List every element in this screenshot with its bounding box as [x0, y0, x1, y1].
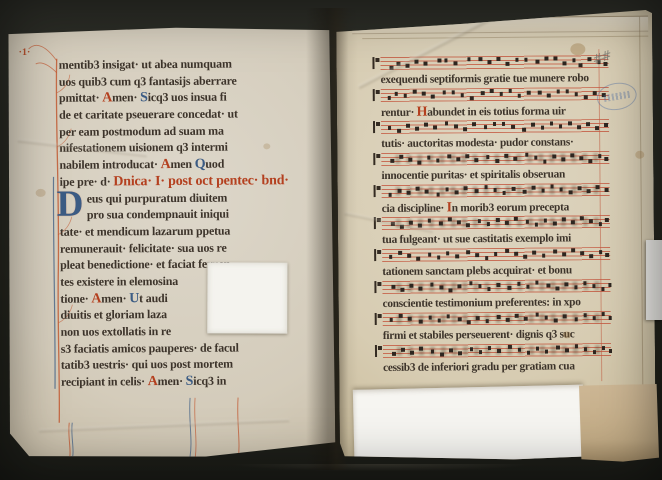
neume-note [505, 249, 509, 253]
text-segment: conscientie testimonium preferentes: in … [383, 296, 581, 310]
text-segment: de et caritate pseuerare concedat· ut [59, 107, 238, 122]
neume-note [408, 317, 412, 321]
neume-note [565, 89, 569, 93]
text-segment: icq3 uos insua fi [148, 90, 227, 105]
neume-note [398, 189, 402, 193]
colored-initial: A [102, 91, 112, 106]
neume-note [476, 316, 480, 320]
neume-note [481, 91, 485, 95]
text-segment: s3 faciatis amicos pauperes· de facul [61, 340, 239, 355]
neume-note [466, 223, 470, 227]
stave-row: cia discipline· In morib3 eorum precepta [382, 183, 610, 217]
text-line: ipe pre· d· Dnica· I· post oct pentec· b… [60, 172, 302, 190]
text-segment: men [170, 157, 194, 171]
neume-note [458, 317, 462, 321]
under-leaf-corner [579, 384, 659, 464]
text-line: de et caritate pseuerare concedat· ut [59, 105, 301, 123]
neume-note [541, 189, 545, 193]
text-segment: pleat benedictione· et faciat feruen [60, 257, 230, 272]
neume-note [525, 153, 529, 157]
music-stave [381, 119, 609, 134]
neume-note [390, 159, 394, 163]
neume-note [475, 189, 479, 193]
neume-note [598, 222, 602, 226]
neume-note [409, 221, 413, 225]
neume-note [538, 91, 542, 95]
text-segment: tua fulgeant· ut sue castitatis exemplo … [382, 232, 571, 246]
neume-note [488, 346, 492, 350]
neume-note [428, 253, 432, 257]
neume-note [514, 252, 518, 256]
text-segment: innocentie puritas· et spiritalis obseru… [381, 168, 565, 182]
neume-note [593, 350, 597, 354]
neume-note [535, 60, 539, 64]
colored-initial: U [129, 291, 139, 306]
neume-note [388, 126, 392, 130]
colored-initial: S [140, 91, 148, 106]
manuscript-text-block: mentib3 insigat· ut abea numquamuos quib… [59, 55, 303, 390]
neume-note [533, 251, 537, 255]
neume-note [469, 281, 473, 285]
neume-note [466, 154, 470, 158]
neume-note [406, 124, 410, 128]
text-segment: pro sua condempnauit iniqui [87, 207, 229, 222]
neume-note [563, 61, 567, 65]
neume-note [404, 94, 408, 98]
text-segment: men· [101, 291, 129, 305]
neume-note [526, 285, 530, 289]
neume-note [437, 58, 441, 62]
neume-note [453, 61, 457, 65]
neume-note [415, 127, 419, 131]
neume-note [470, 347, 474, 351]
neume-note [485, 319, 489, 323]
neume-note [592, 284, 596, 288]
neume-note [532, 186, 536, 190]
neume-note [562, 217, 566, 221]
neume-note [524, 58, 528, 62]
neume-note [401, 348, 405, 352]
music-stave [382, 215, 610, 230]
manuscript-photo: ·1· D mentib3 insigat· ut abea numquamuo… [0, 0, 662, 480]
neume-note [571, 220, 575, 224]
neume-note [563, 314, 567, 318]
neume-note [587, 189, 591, 193]
neume-note [514, 217, 518, 221]
neume-note [486, 155, 490, 159]
neume-note [431, 350, 435, 354]
neume-note [508, 286, 512, 290]
text-segment: abundet in eis totius forma uir [427, 105, 566, 118]
stain [36, 189, 46, 197]
colored-initial: Dnica· I· post oct pentec· bnd· [113, 173, 289, 189]
neume-note [589, 219, 593, 223]
colored-initial: A [148, 374, 158, 389]
music-stave [382, 247, 610, 262]
text-segment: cessib3 de inferiori gradu per gratiam c… [383, 360, 575, 374]
neume-note [561, 157, 565, 161]
neume-note [504, 154, 508, 158]
neume-note [497, 315, 501, 319]
neume-note [579, 63, 583, 67]
neume-note [493, 188, 497, 192]
stave-row: exequendi septiformis gratie tue munere … [380, 55, 608, 89]
stave-row: conscientie testimonium preferentes: in … [382, 279, 610, 313]
text-line: nifestationem uisionem q3 intermi [59, 139, 301, 157]
neume-note [424, 123, 428, 127]
neume-note [440, 352, 444, 356]
neume-note [592, 316, 596, 320]
neume-note [487, 222, 491, 226]
text-segment: t audi [139, 291, 168, 305]
book-edge-shadow [190, 464, 570, 473]
neume-note [419, 347, 423, 351]
neume-note [416, 257, 420, 261]
text-segment: tate· et mendicum lazarum ppetua [60, 223, 230, 238]
left-page: ·1· D mentib3 insigat· ut abea numquamuo… [6, 25, 335, 464]
neume-note [556, 286, 560, 290]
lyric-line: cessib3 de inferiori gradu per gratiam c… [383, 359, 611, 376]
neume-note [571, 153, 575, 157]
neume-note [496, 218, 500, 222]
neume-note [535, 313, 539, 317]
neume-note [565, 348, 569, 352]
lyric-line: firmi et stabiles perseuerent· dignis q3… [383, 327, 611, 344]
neume-note [442, 90, 446, 94]
neume-note [586, 122, 590, 126]
stain [570, 43, 585, 55]
neume-note [458, 351, 462, 355]
neume-note [394, 92, 398, 96]
neume-note [407, 254, 411, 258]
neume-note [518, 94, 522, 98]
colored-initial: A [161, 157, 171, 172]
neume-note [517, 282, 521, 286]
neume-note [454, 124, 458, 128]
text-segment: rentur· [381, 107, 417, 119]
music-stave [380, 55, 608, 70]
neume-note [602, 312, 606, 316]
neume-note [577, 125, 581, 129]
neume-note [568, 121, 572, 125]
neume-note [606, 253, 610, 257]
neume-note [553, 249, 557, 253]
neume-note [399, 314, 403, 318]
lyric-line: tationem sanctam plebs acquirat· et bonu [382, 263, 610, 280]
neume-note [523, 190, 527, 194]
neume-note [418, 161, 422, 165]
neume-note [466, 250, 470, 254]
neume-note [524, 255, 528, 259]
neume-note [609, 349, 613, 353]
neume-note [572, 58, 576, 62]
neume-note [589, 159, 593, 163]
neume-note [541, 126, 545, 130]
neume-note [485, 256, 489, 260]
neume-note [578, 186, 582, 190]
lyric-line: tutis· auctoritas modesta· pudor constan… [381, 135, 609, 152]
lyric-line: tua fulgeant· ut sue castitatis exemplo … [382, 231, 610, 248]
neume-note [407, 191, 411, 195]
text-line: per eam postmodum ad suam ma [59, 122, 301, 140]
neume-note [596, 185, 600, 189]
neume-note [547, 284, 551, 288]
neume-note [427, 219, 431, 223]
neume-note [493, 122, 497, 126]
text-segment: cia discipline· [382, 202, 447, 215]
top-red-mark [422, 16, 450, 20]
neume-note [569, 190, 573, 194]
neume-note [430, 283, 434, 287]
neume-note [580, 251, 584, 255]
music-stave [383, 311, 611, 326]
music-stave [382, 279, 610, 294]
colored-initial: A [91, 291, 101, 306]
neume-note [515, 58, 519, 62]
neume-note [448, 217, 452, 221]
neume-note [590, 254, 594, 258]
neume-note [437, 255, 441, 259]
neume-note [425, 190, 429, 194]
neume-note [598, 154, 602, 158]
neume-note [451, 90, 455, 94]
neume-note [446, 251, 450, 255]
neume-note [388, 193, 392, 197]
neume-note [552, 154, 556, 158]
neume-note [512, 187, 516, 191]
stave-row: tutis· auctoritas modesta· pudor constan… [381, 119, 609, 153]
neume-note [487, 287, 491, 291]
text-segment: uos quib3 cum q3 fantasijs aberrare [59, 73, 237, 88]
text-line: tatib3 uestris· qui uos post mortem [61, 355, 303, 373]
neume-note [515, 314, 519, 318]
neume-note [517, 348, 521, 352]
text-segment: ipe pre· d· [60, 174, 114, 188]
neume-note [508, 345, 512, 349]
neume-note [545, 57, 549, 61]
neume-note [575, 92, 579, 96]
neume-note [479, 350, 483, 354]
neume-note [472, 122, 476, 126]
neume-note [605, 218, 609, 222]
neume-note [601, 287, 605, 291]
text-segment: men· [112, 91, 140, 105]
text-segment: pmittat· [59, 91, 102, 105]
neume-note [419, 320, 423, 324]
neume-note [565, 282, 569, 286]
neume-note [484, 125, 488, 129]
neume-note [422, 92, 426, 96]
neume-note [524, 317, 528, 321]
music-block: exequendi septiformis gratie tue munere … [380, 55, 611, 377]
text-segment: per eam postmodum ad suam ma [59, 123, 224, 138]
lyric-line: cia discipline· In morib3 eorum precepta [382, 199, 610, 216]
colored-initial: Q [195, 157, 206, 172]
neume-note [427, 156, 431, 160]
neume-note [439, 285, 443, 289]
neume-note [574, 344, 578, 348]
neume-note [400, 155, 404, 159]
lyric-line: innocentie puritas· et spiritalis obseru… [381, 167, 609, 184]
neume-note [525, 220, 529, 224]
neume-note [502, 191, 506, 195]
neume-note [388, 96, 392, 100]
music-stave [382, 183, 610, 198]
neume-note [522, 128, 526, 132]
neume-note [605, 157, 609, 161]
neume-note [436, 192, 440, 196]
neume-note [543, 160, 547, 164]
neume-note [406, 64, 410, 68]
neume-note [550, 121, 554, 125]
text-segment: tutis· auctoritas modesta· pudor constan… [381, 136, 573, 150]
text-segment: recipiant in celis· [61, 374, 148, 389]
neume-note [488, 60, 492, 64]
text-segment: tes existere in elemosina [60, 274, 178, 289]
neume-note [455, 254, 459, 258]
neume-note [556, 345, 560, 349]
neume-note [418, 224, 422, 228]
neume-note [534, 156, 538, 160]
neume-note [583, 281, 587, 285]
neume-note [467, 57, 471, 61]
neume-note [457, 220, 461, 224]
text-segment: diuitis et gloriam laza [60, 307, 166, 322]
neume-note [490, 89, 494, 93]
neume-note [392, 285, 396, 289]
neume-note [415, 60, 419, 64]
neume-note [449, 288, 453, 292]
neume-note [398, 251, 402, 255]
neume-note [445, 121, 449, 125]
neume-note [464, 186, 468, 190]
neume-note [390, 318, 394, 322]
text-line: eus qui purpuratum diuitem [60, 189, 302, 207]
text-segment: mentib3 insigat· ut abea numquam [59, 57, 232, 72]
neume-note [389, 255, 393, 259]
neume-note [397, 129, 401, 133]
neume-note [467, 320, 471, 324]
neume-note [494, 252, 498, 256]
text-segment: tatib3 uestris· qui uos post mortem [61, 357, 233, 372]
neume-note [506, 318, 510, 322]
text-line: tate· et mendicum lazarum ppetua [60, 222, 302, 240]
neume-note [495, 159, 499, 163]
neume-note [396, 62, 400, 66]
neume-note [508, 89, 512, 93]
stave-row: rentur· Habundet in eis totius forma uir [381, 87, 609, 121]
neume-note [580, 156, 584, 160]
repair-patch-left [207, 262, 287, 333]
neume-note [527, 351, 531, 355]
neume-note [554, 318, 558, 322]
neume-note [447, 314, 451, 318]
neume-note [545, 350, 549, 354]
neume-note [449, 348, 453, 352]
neume-note [428, 316, 432, 320]
text-segment: eus qui purpuratum diuitem [87, 190, 228, 205]
text-segment: tione· [60, 291, 91, 305]
neume-note [574, 285, 578, 289]
neume-note [416, 187, 420, 191]
neume-note [390, 66, 394, 70]
repair-patch-edge [646, 240, 662, 320]
neume-note [545, 316, 549, 320]
neume-note [593, 91, 597, 95]
neume-note [409, 158, 413, 162]
text-segment: men· [158, 374, 186, 388]
lyric-line: exequendi septiformis gratie tue munere … [381, 71, 609, 88]
text-line: s3 faciatis amicos pauperes· de facul [61, 339, 303, 357]
stave-row: tua fulgeant· ut sue castitatis exemplo … [382, 215, 610, 249]
neume-note [556, 89, 560, 93]
text-line: remunerauit· felicitate· sua uos re [60, 239, 302, 257]
neume-note [463, 127, 467, 131]
text-line: recipiant in celis· Amen· Sicq3 in [61, 372, 303, 390]
text-segment: nabilem introducat· [59, 157, 160, 172]
stave-row: firmi et stabiles perseuerent· dignis q3… [383, 311, 611, 345]
neume-note [514, 157, 518, 161]
music-stave [381, 151, 609, 166]
neume-note [470, 96, 474, 100]
neume-note [602, 346, 606, 350]
neume-note [559, 124, 563, 128]
neume-note [431, 95, 435, 99]
leaf-edge-line [362, 36, 648, 39]
neume-note [588, 57, 592, 61]
colored-initial: H [417, 105, 428, 120]
neume-note [547, 94, 551, 98]
neume-note [506, 62, 510, 66]
text-line: pro sua condempnauit iniqui [60, 205, 302, 223]
neume-note [580, 216, 584, 220]
neume-note [401, 288, 405, 292]
neume-note [433, 126, 437, 130]
neume-note [444, 58, 448, 62]
repair-patch-bottom [353, 385, 585, 464]
neume-note [475, 158, 479, 162]
neume-note [608, 283, 612, 287]
neume-note [499, 92, 503, 96]
text-line: mentib3 insigat· ut abea numquam [59, 55, 301, 73]
neume-note [550, 184, 554, 188]
stave-row: innocentie puritas· et spiritalis obseru… [381, 151, 609, 185]
neume-note [536, 347, 540, 351]
neume-note [502, 122, 506, 126]
neume-note [608, 316, 612, 320]
folio-number: ·1· [19, 47, 31, 58]
text-segment: firmi et stabiles perseuerent· dignis q3… [383, 328, 575, 342]
neume-note [410, 284, 414, 288]
stave-row: tationem sanctam plebs acquirat· et bonu [382, 247, 610, 281]
text-segment: nifestationem uisionem q3 intermi [59, 140, 227, 155]
text-segment: exequendi septiformis gratie tue munere … [381, 72, 589, 86]
neume-note [544, 219, 548, 223]
stacked-leaf-edges [352, 16, 648, 35]
leaf-edge-right [639, 17, 644, 447]
text-line: pmittat· Amen· Sicq3 uos insua fi [59, 88, 301, 106]
neume-note [559, 187, 563, 191]
neume-note [605, 188, 609, 192]
text-segment: tationem sanctam plebs acquirat· et bonu [382, 264, 572, 278]
neume-note [392, 352, 396, 356]
lyric-line: rentur· Habundet in eis totius forma uir [381, 103, 609, 120]
neume-note [595, 126, 599, 130]
crease [39, 419, 289, 432]
neume-note [535, 223, 539, 227]
neume-note [542, 254, 546, 258]
neume-note [584, 347, 588, 351]
